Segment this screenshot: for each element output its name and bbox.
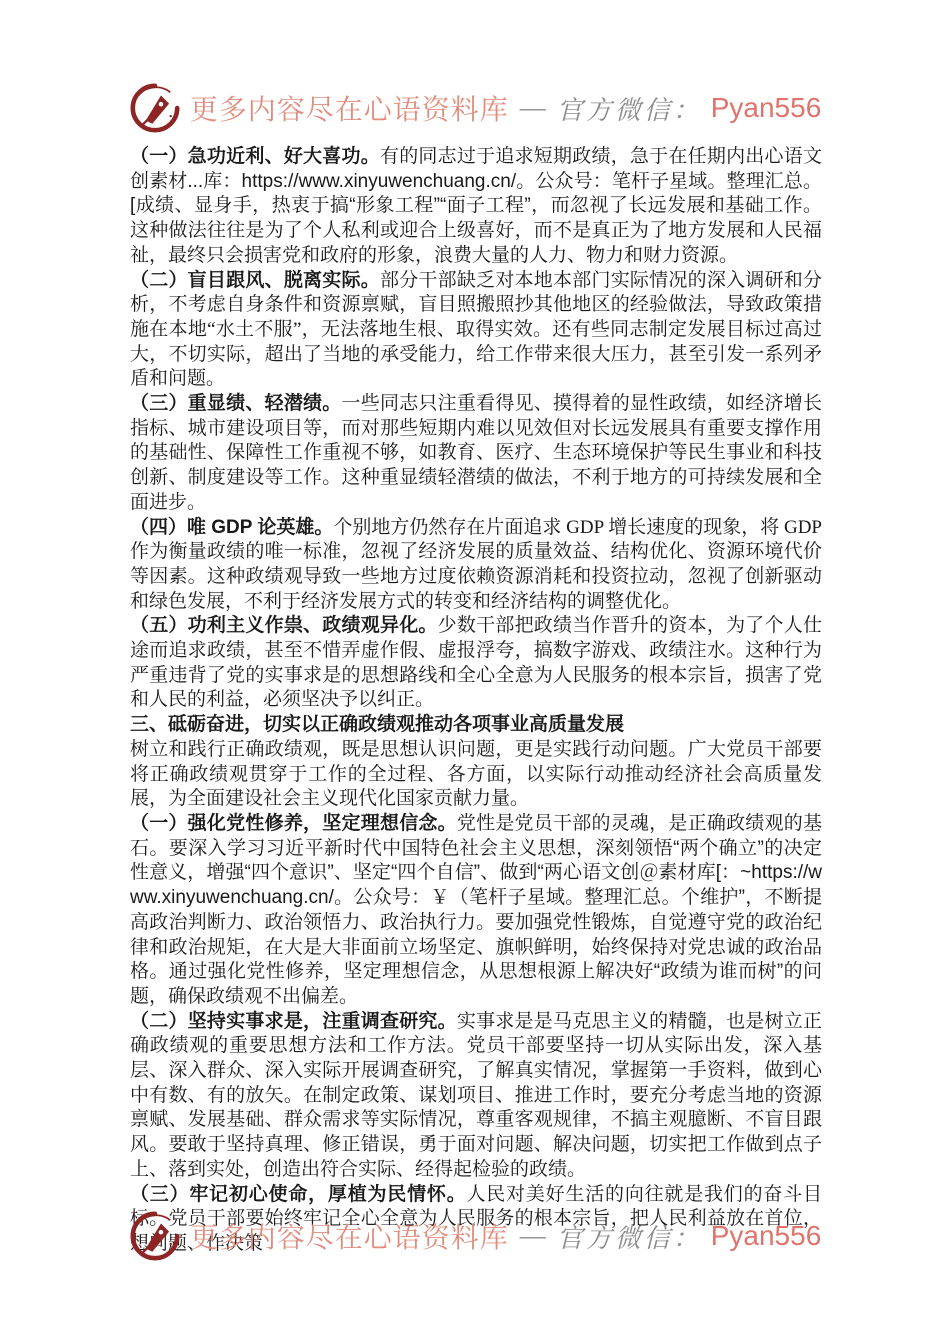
paragraph-lead: （四）唯 GDP 论英雄。 (130, 517, 333, 538)
paragraph-lead: （一）急功近利、好大喜功。 (130, 146, 380, 167)
brand-text: 更多内容尽在心语资料库 (190, 1216, 509, 1256)
paragraph-misuse-1: （一）急功近利、好大喜功。有的同志过于追求短期政绩，急于在任期内出心语文创素材.… (130, 145, 822, 269)
document-body: （一）急功近利、好大喜功。有的同志过于追求短期政绩，急于在任期内出心语文创素材.… (130, 145, 822, 1257)
paragraph-lead: （一）强化党性修养，坚定理想信念。 (130, 813, 457, 834)
paragraph-lead: （三）牢记初心使命，厚植为民情怀。 (130, 1184, 467, 1205)
section-intro: 树立和践行正确政绩观，既是思想认识问题，更是实践行动问题。广大党员干部要将正确政… (130, 738, 822, 812)
footer-watermark: 更多内容尽在心语资料库—官方微信： Pyan556 (0, 1210, 950, 1262)
pen-emblem-icon (129, 82, 181, 134)
wechat-id: Pyan556 (711, 92, 822, 124)
wechat-id: Pyan556 (711, 1220, 822, 1252)
paragraph-practice-1: （一）强化党性修养，坚定理想信念。党性是党员干部的灵魂，是正确政绩观的基石。要深… (130, 812, 822, 1010)
paragraph-misuse-4: （四）唯 GDP 论英雄。个别地方仍然存在片面追求 GDP 增长速度的现象，将 … (130, 516, 822, 615)
brand-text: 更多内容尽在心语资料库 (190, 88, 509, 128)
separator-dash: — (520, 1221, 546, 1251)
paragraph-text: 实事求是是马克思主义的精髓，也是树立正确政绩观的重要思想方法和工作方法。党员干部… (130, 1011, 822, 1180)
paragraph-lead: （二）坚持实事求是，注重调查研究。 (130, 1011, 457, 1032)
pen-emblem-icon (129, 1210, 181, 1262)
paragraph-lead: （三）重显绩、轻潜绩。 (130, 393, 342, 414)
paragraph-text: 党性是党员干部的灵魂，是正确政绩观的基石。要深入学习习近平新时代中国特色社会主义… (130, 813, 822, 1007)
section-heading: 三、砥砺奋进，切实以正确政绩观推动各项事业高质量发展 (130, 713, 822, 738)
paragraph-practice-2: （二）坚持实事求是，注重调查研究。实事求是是马克思主义的精髓，也是树立正确政绩观… (130, 1010, 822, 1183)
paragraph-misuse-5: （五）功利主义作祟、政绩观异化。少数干部把政绩当作晋升的资本，为了个人仕途而追求… (130, 614, 822, 713)
paragraph-lead: （二）盲目跟风、脱离实际。 (130, 270, 380, 291)
wechat-label: 官方微信： (557, 90, 702, 127)
document-page: 更多内容尽在心语资料库—官方微信： Pyan556 （一）急功近利、好大喜功。有… (0, 0, 950, 1344)
separator-dash: — (520, 93, 546, 123)
paragraph-misuse-3: （三）重显绩、轻潜绩。一些同志只注重看得见、摸得着的显性政绩，如经济增长指标、城… (130, 392, 822, 516)
paragraph-lead: （五）功利主义作祟、政绩观异化。 (130, 615, 438, 636)
paragraph-misuse-2: （二）盲目跟风、脱离实际。部分干部缺乏对本地本部门实际情况的深入调研和分析，不考… (130, 269, 822, 393)
wechat-label: 官方微信： (557, 1218, 702, 1255)
header-watermark: 更多内容尽在心语资料库—官方微信： Pyan556 (0, 82, 950, 134)
